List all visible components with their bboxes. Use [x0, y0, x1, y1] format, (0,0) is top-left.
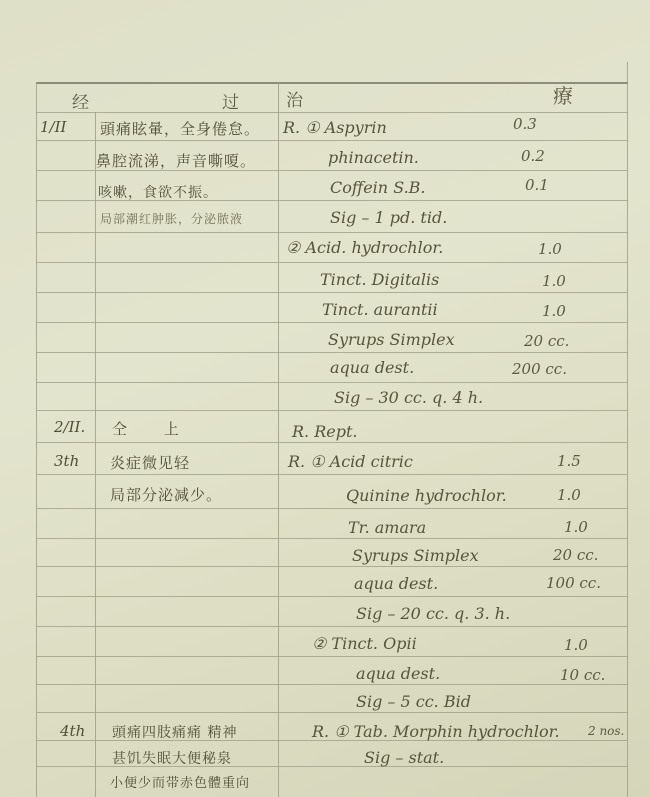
- dose-value: 1.0: [564, 518, 588, 536]
- history-line: 小便少而带赤色體重向: [110, 772, 250, 791]
- treatment-line: ② Tinct. Opii: [312, 634, 417, 653]
- treatment-line: Tinct. aurantii: [322, 300, 438, 319]
- right-border: [627, 62, 628, 797]
- treatment-line: Coffein S.B.: [330, 178, 426, 197]
- history-line: 局部分泌减少。: [110, 484, 222, 505]
- ruled-line: [36, 656, 628, 657]
- ruled-line: [36, 410, 628, 411]
- treatment-line: Sig – 30 cc. q. 4 h.: [334, 388, 483, 407]
- treatment-line: Sig – 5 cc. Bid: [356, 692, 471, 711]
- treatment-line: aqua dest.: [356, 664, 440, 683]
- ruled-line: [36, 442, 628, 443]
- treatment-line: aqua dest.: [354, 574, 438, 593]
- history-line: 咳嗽，食欲不振。: [98, 182, 218, 202]
- dose-value: 1.0: [542, 272, 566, 290]
- treatment-line: Quinine hydrochlor.: [346, 486, 507, 505]
- treatment-line: Tinct. Digitalis: [320, 270, 439, 289]
- history-line: 甚饥失眠大便秘泉: [112, 748, 232, 768]
- dose-value: 1.5: [557, 452, 581, 470]
- history-line: 仝 上: [112, 418, 180, 439]
- header-treatment-char-1: 治: [286, 86, 303, 111]
- history-line: 頭痛四肢痛痛 精神: [112, 722, 237, 742]
- date-column-divider: [95, 112, 96, 797]
- ruled-line: [36, 352, 628, 353]
- ruled-line: [36, 140, 628, 141]
- dose-value: 20 cc.: [524, 332, 569, 350]
- treatment-line: Sig – stat.: [364, 748, 444, 767]
- treatment-line: aqua dest.: [330, 358, 414, 377]
- treatment-line: R. ① Acid citric: [288, 452, 413, 471]
- dose-value: 100 cc.: [546, 574, 601, 592]
- ruled-line: [36, 474, 628, 475]
- treatment-line: R. Rept.: [292, 422, 358, 441]
- dose-value: 2 nos.: [588, 724, 624, 738]
- dose-value: 1.0: [557, 486, 581, 504]
- treatment-line: Syrups Simplex: [328, 330, 455, 349]
- ruled-line: [36, 684, 628, 685]
- history-column-divider: [278, 82, 279, 797]
- ruled-line: [36, 232, 628, 233]
- ruled-line: [36, 382, 628, 383]
- entry-date: 2/II.: [54, 418, 85, 436]
- ruled-line: [36, 508, 628, 509]
- dose-value: 0.1: [525, 176, 549, 194]
- entry-date: 4th: [60, 722, 85, 740]
- entry-date: 3th: [54, 452, 79, 470]
- dose-value: 1.0: [564, 636, 588, 654]
- history-line: 鼻腔流涕，声音嘶嗄。: [96, 150, 256, 171]
- header-history-char-2: 过: [222, 88, 239, 113]
- dose-value: 10 cc.: [560, 666, 605, 684]
- dose-value: 20 cc.: [553, 546, 598, 564]
- treatment-line: ② Acid. hydrochlor.: [286, 238, 443, 257]
- ruled-line: [36, 262, 628, 263]
- ruled-line: [36, 292, 628, 293]
- treatment-line: Tr. amara: [348, 518, 426, 537]
- dose-value: 0.3: [513, 115, 537, 133]
- dose-value: 1.0: [542, 302, 566, 320]
- entry-date: 1/II: [40, 118, 66, 136]
- ruled-line: [36, 626, 628, 627]
- header-bottom-border: [36, 112, 628, 113]
- left-border: [36, 82, 37, 797]
- treatment-line: R. ① Aspyrin: [283, 118, 387, 137]
- treatment-line: Sig – 20 cc. q. 3. h.: [356, 604, 510, 623]
- ruled-line: [36, 712, 628, 713]
- treatment-line: phinacetin.: [328, 148, 419, 167]
- header-history-char-1: 经: [72, 88, 89, 113]
- ruled-line: [36, 538, 628, 539]
- treatment-line: R. ① Tab. Morphin hydrochlor.: [312, 722, 560, 741]
- history-line: 炎症微见轻: [110, 452, 190, 473]
- ruled-line: [36, 566, 628, 567]
- treatment-line: Sig – 1 pd. tid.: [330, 208, 447, 227]
- ruled-line: [36, 596, 628, 597]
- history-line: 局部潮红肿胀，分泌脓液: [100, 210, 243, 227]
- header-treatment-char-2: 療: [553, 80, 573, 109]
- treatment-line: Syrups Simplex: [352, 546, 479, 565]
- dose-value: 1.0: [538, 240, 562, 258]
- table-top-border: [36, 82, 628, 84]
- dose-value: 200 cc.: [512, 360, 567, 378]
- dose-value: 0.2: [521, 147, 545, 165]
- history-line: 頭痛眩暈，全身倦怠。: [100, 118, 260, 139]
- clinical-record-sheet: 经 过 治 療 1/II 頭痛眩暈，全身倦怠。 鼻腔流涕，声音嘶嗄。 咳嗽，食欲…: [0, 0, 650, 797]
- ruled-line: [36, 322, 628, 323]
